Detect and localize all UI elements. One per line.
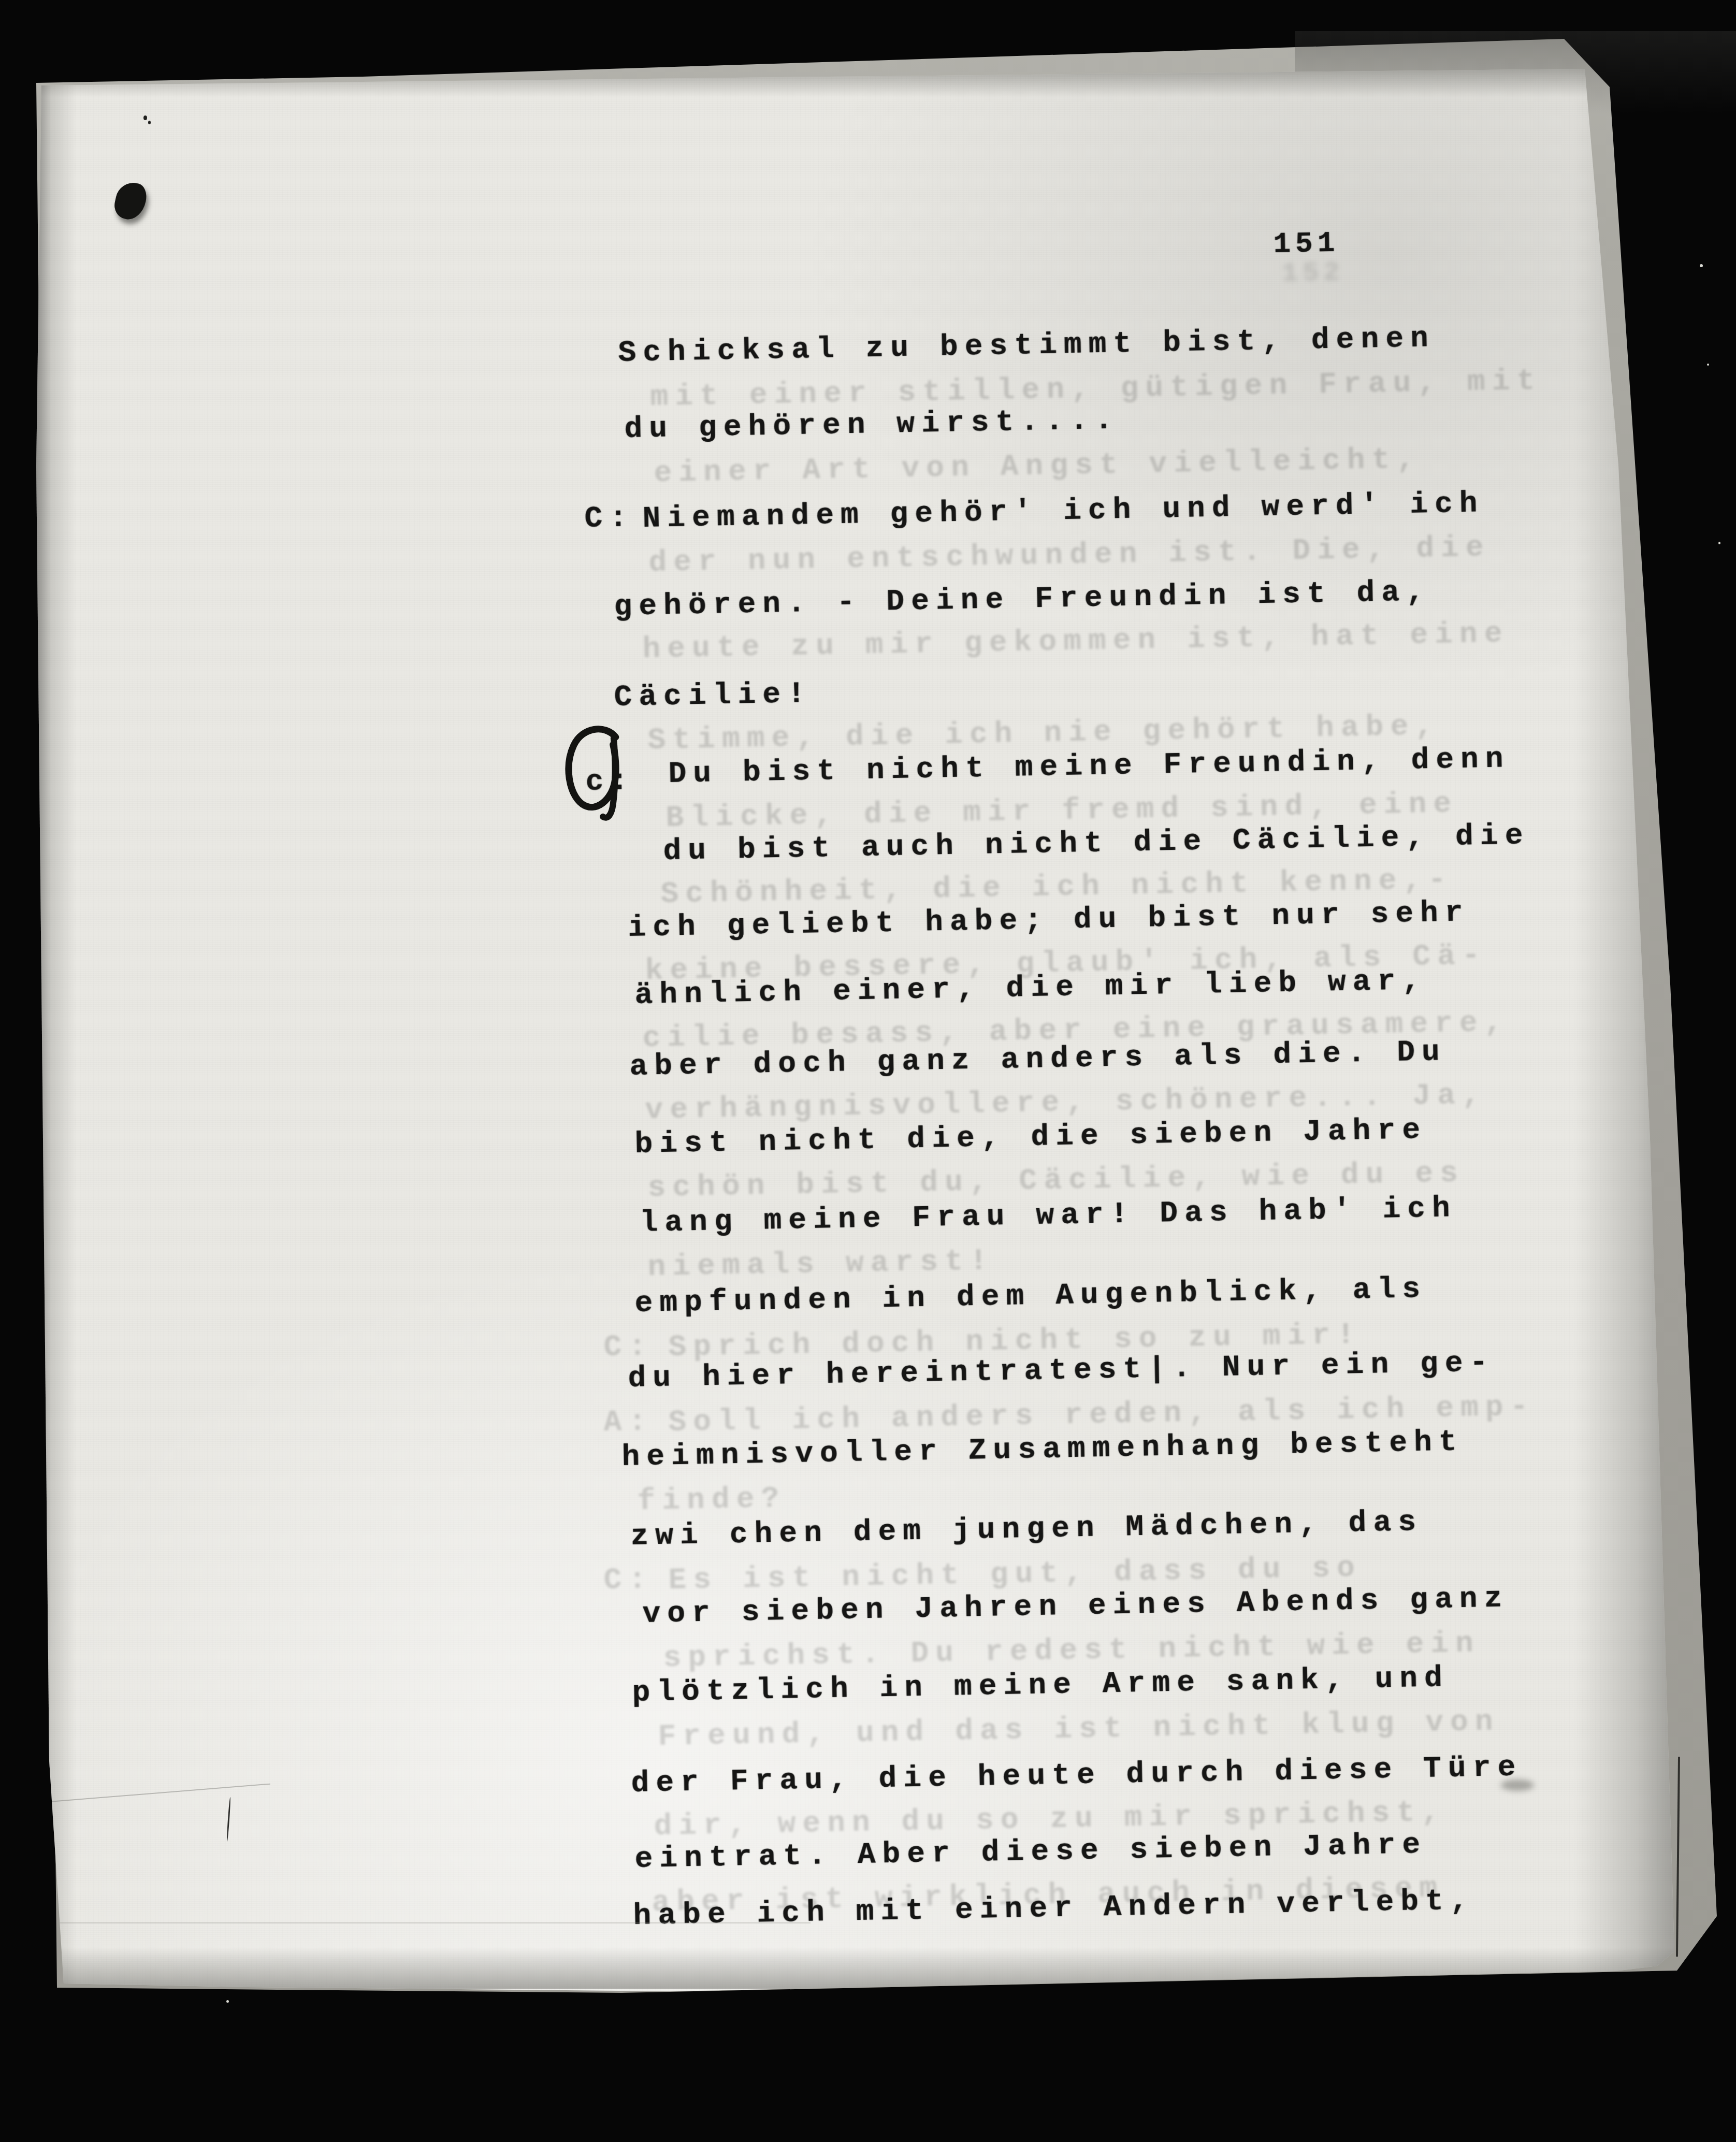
page-left-edge-shadow xyxy=(31,78,88,1989)
dust-speck xyxy=(1718,542,1720,544)
dust-speck xyxy=(1700,264,1703,267)
page-bottom-edge-shadow xyxy=(52,1947,1678,1989)
dust-speck xyxy=(1707,364,1709,366)
ghost-line-speaker-label: C: xyxy=(603,1330,654,1365)
typed-line: Cäcilie! xyxy=(614,677,813,716)
paper-crease xyxy=(49,1922,811,1923)
typed-line: gehören. - Deine Freundin ist da, xyxy=(614,575,1431,625)
paper-tear-hole xyxy=(112,180,149,222)
typed-line: der Frau, die heute durch diese Türe xyxy=(631,1750,1523,1801)
typed-line-speaker-label: C: xyxy=(584,501,634,537)
ghost-line: Freund, und das ist nicht klug von xyxy=(658,1705,1500,1755)
typed-line: Niemandem gehör' ich und werd' ich xyxy=(642,487,1484,537)
ghost-line: niemals warst! xyxy=(647,1244,994,1285)
page-number: 151 xyxy=(1273,227,1340,262)
handwritten-letter-A xyxy=(559,721,629,824)
ghost-line: finde? xyxy=(637,1482,786,1519)
manuscript-page: 151 152 mit einer stillen, gütigen Frau,… xyxy=(0,0,1736,2142)
ghost-line: der nun entschwunden ist. Die, die xyxy=(648,531,1491,581)
ink-smudge xyxy=(1501,1779,1534,1791)
ghost-page-number: 152 xyxy=(1281,257,1344,289)
scanned-page-photo: 151 152 mit einer stillen, gütigen Frau,… xyxy=(0,0,1736,2142)
ghost-line: einer Art von Angst vielleicht, xyxy=(654,443,1422,491)
ink-speck xyxy=(143,115,147,120)
ink-speck xyxy=(148,121,151,124)
ghost-line-speaker-label: C: xyxy=(603,1563,654,1598)
scratch-mark xyxy=(226,1797,231,1842)
ghost-line: heute zu mir gekommen ist, hat eine xyxy=(642,617,1509,667)
typed-line: Schicksal zu bestimmt bist, denen xyxy=(618,322,1436,371)
dust-speck xyxy=(226,2000,229,2003)
ghost-line-speaker-label: A: xyxy=(603,1405,654,1440)
